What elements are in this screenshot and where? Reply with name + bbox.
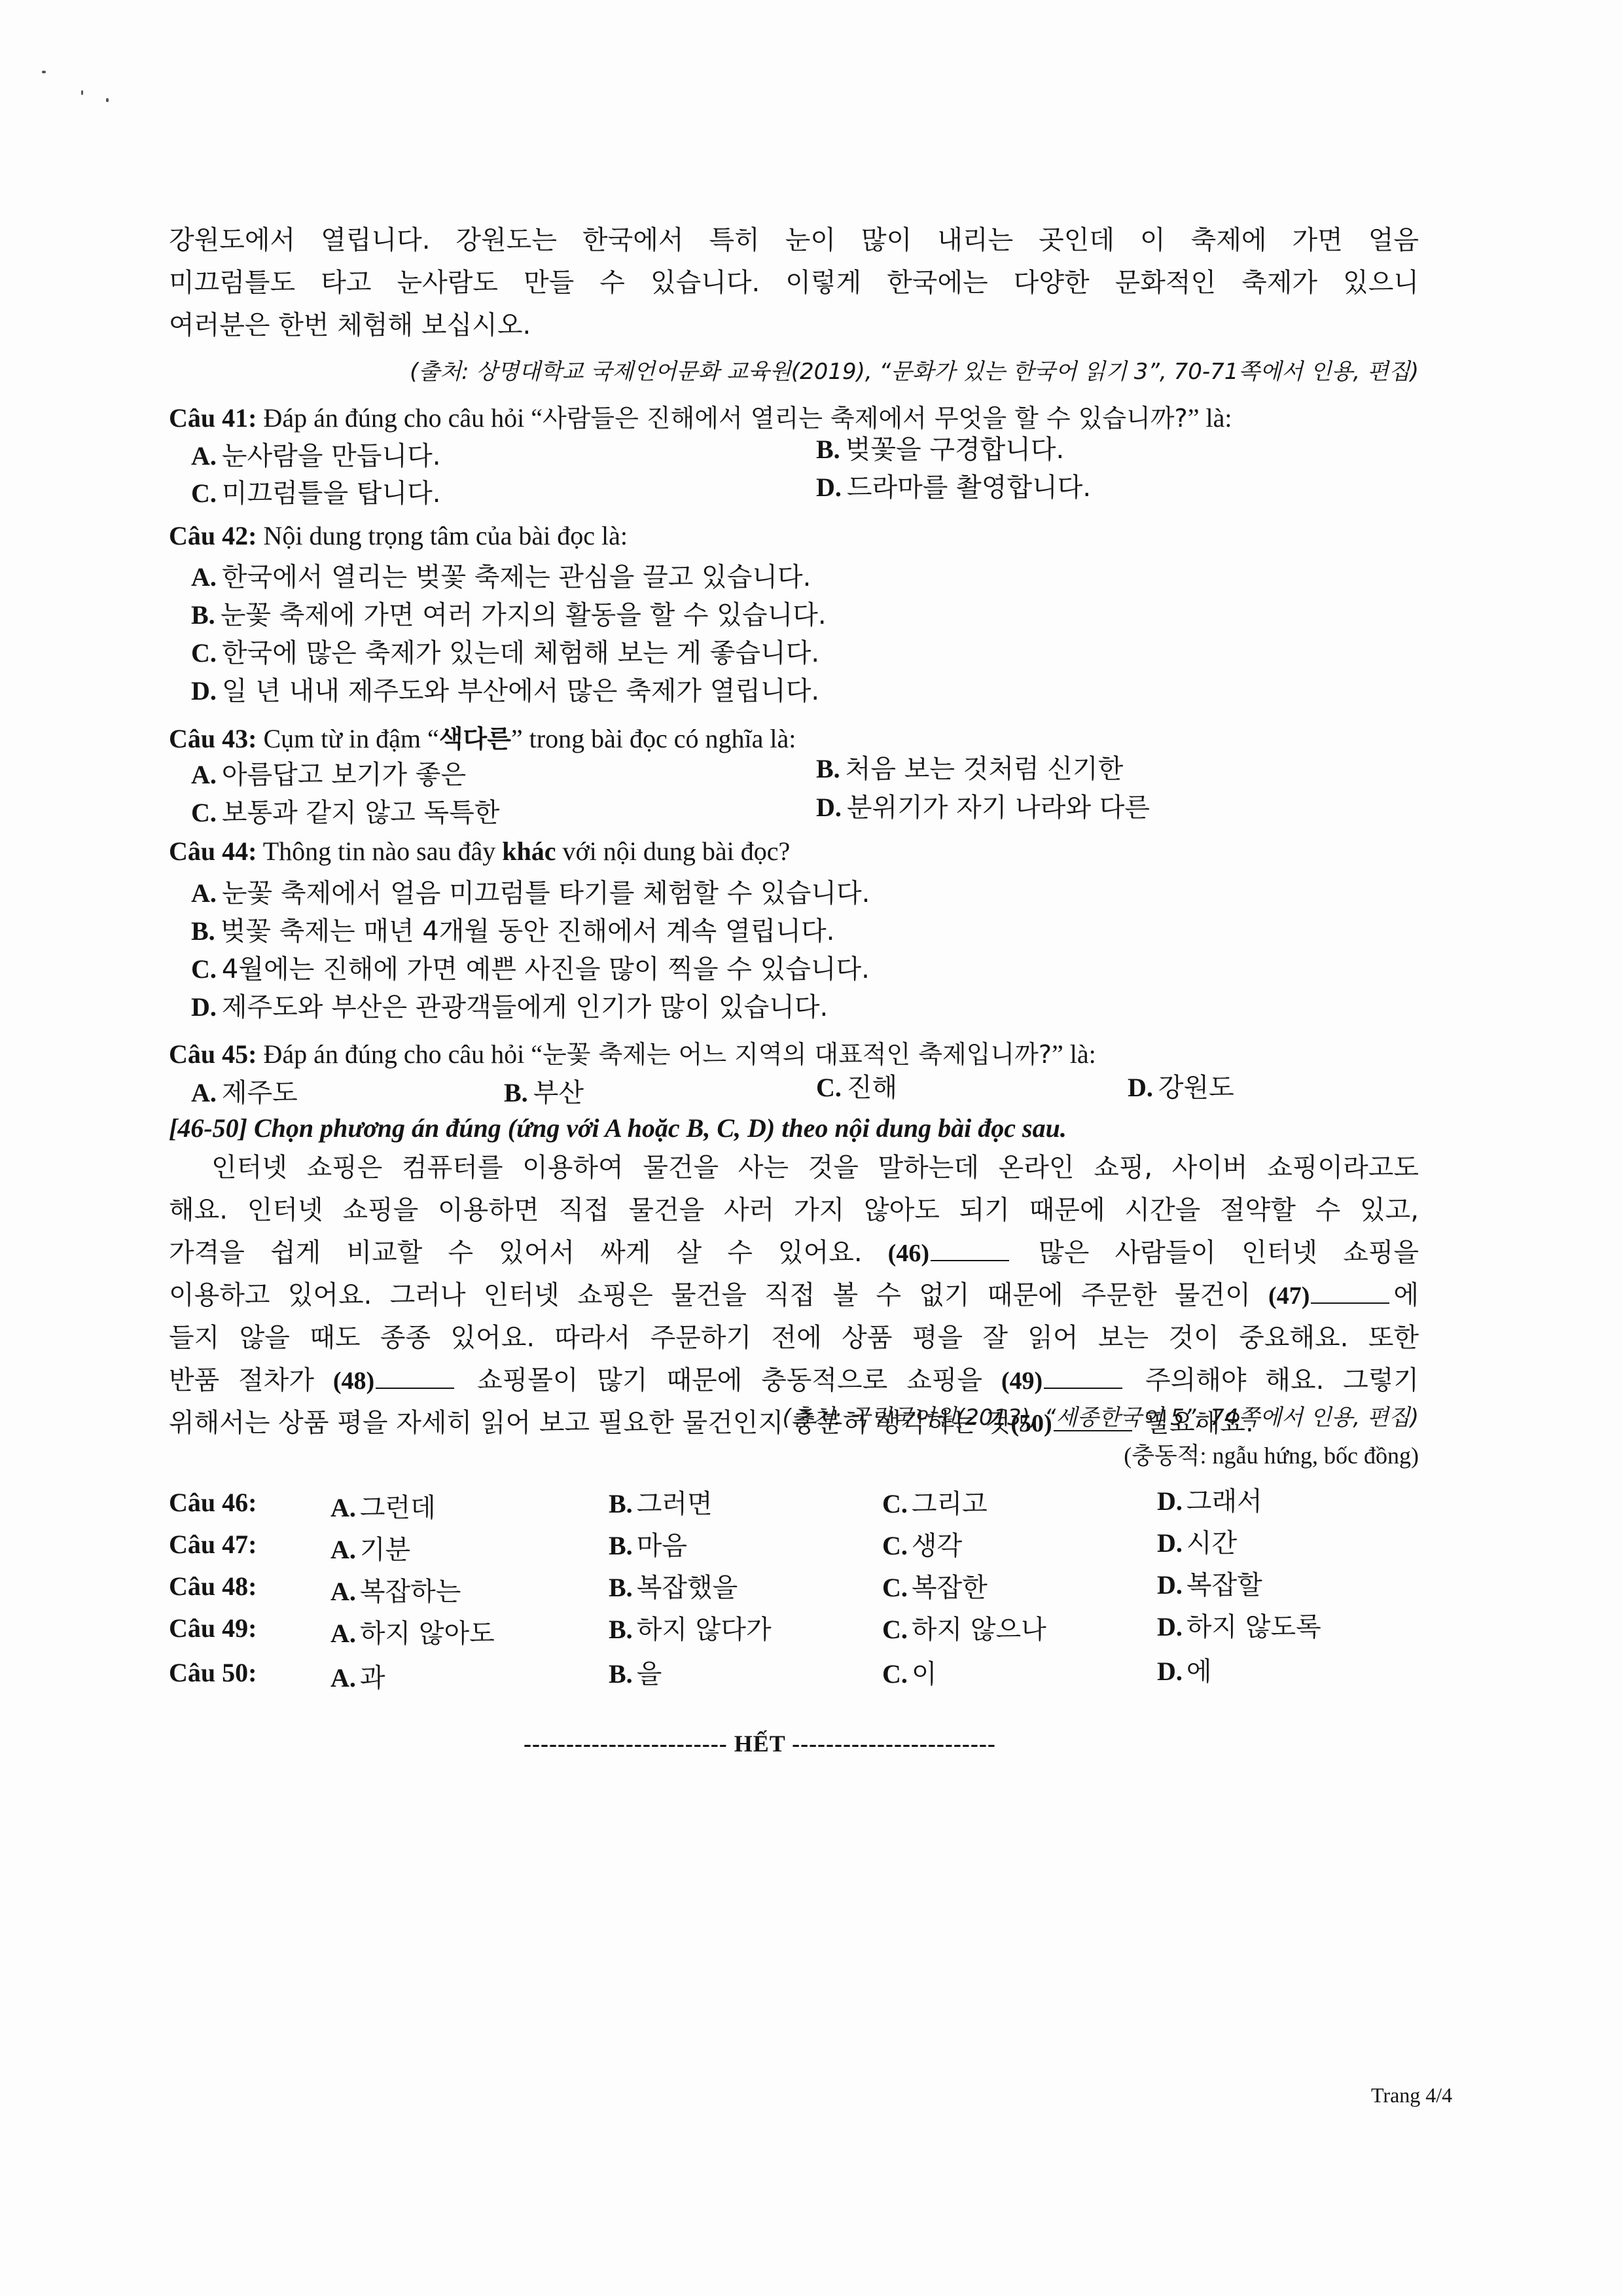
option-text: 복잡했을	[637, 1573, 738, 1603]
blank-46	[931, 1235, 1009, 1261]
text-segment: 반품 절차가	[169, 1365, 314, 1395]
option-letter: D.	[191, 676, 217, 706]
question-prompt-end: ” là:	[1188, 403, 1232, 433]
question-label: Câu 45:	[169, 1039, 257, 1069]
option-45-d[interactable]: D.강원도	[1128, 1067, 1234, 1104]
passage-line: 강원도에서 열립니다. 강원도는 한국에서 특히 눈이 많이 내리는 곳인데 이…	[169, 219, 1419, 262]
vocabulary-note: (충동적: ngẫu hứng, bốc đồng)	[1124, 1437, 1419, 1471]
option-text: 한국에서 열리는 벚꽃 축제는 관심을 끌고 있습니다.	[222, 562, 811, 592]
passage-1-citation: (출처: 상명대학교 국제언어문화 교육원(2019), “문화가 있는 한국어…	[410, 353, 1419, 386]
option-text: 생각	[912, 1531, 962, 1561]
option-45-c[interactable]: C.진해	[816, 1067, 897, 1104]
question-41: Câu 41: Đáp án đúng cho câu hỏi “사람들은 진해…	[169, 398, 1232, 434]
option-text: 하지 않아도	[360, 1619, 495, 1649]
option-text: 한국에 많은 축제가 있는데 체험해 보는 게 좋습니다.	[222, 638, 819, 668]
option-text: 기분	[360, 1535, 410, 1565]
option-49-a[interactable]: A.하지 않아도	[330, 1613, 495, 1650]
question-prompt-korean: 눈꽃 축제는 어느 지역의 대표적인 축제입니까?	[543, 1040, 1052, 1069]
option-49-b[interactable]: B.하지 않다가	[609, 1609, 772, 1646]
option-47-d[interactable]: D.시간	[1157, 1522, 1237, 1560]
text-segment: 에	[1393, 1280, 1419, 1310]
option-text: 을	[637, 1659, 662, 1689]
option-48-c[interactable]: C.복잡한	[882, 1567, 988, 1604]
option-text: 복잡하는	[360, 1577, 461, 1607]
option-46-b[interactable]: B.그러면	[609, 1483, 713, 1520]
option-50-c[interactable]: C.이	[882, 1653, 937, 1691]
option-text: 벚꽃 축제는 매년 4개월 동안 진해에서 계속 열립니다.	[221, 916, 835, 946]
option-letter: D.	[1128, 1073, 1153, 1102]
option-50-a[interactable]: A.과	[330, 1657, 385, 1695]
passage-2-citation: (출처: 국립국어원(2013), “세종한국어 5”, 74쪽에서 인용, 편…	[783, 1399, 1419, 1431]
option-48-d[interactable]: D.복잡할	[1157, 1564, 1262, 1602]
page-number: Trang 4/4	[1371, 2083, 1452, 2108]
question-49: Câu 49: A.하지 않아도 B.하지 않다가 C.하지 않으나 D.하지 …	[169, 1613, 1412, 1652]
text-segment: 주의해야 해요. 그렇기	[1145, 1365, 1419, 1395]
option-letter: C.	[882, 1659, 908, 1689]
option-letter: D.	[816, 473, 842, 502]
option-44-b[interactable]: B.벚꽃 축제는 매년 4개월 동안 진해에서 계속 열립니다.	[191, 910, 834, 948]
option-47-c[interactable]: C.생각	[882, 1525, 962, 1562]
option-letter: D.	[1157, 1570, 1183, 1600]
option-letter: D.	[1157, 1528, 1183, 1558]
option-47-b[interactable]: B.마음	[609, 1525, 687, 1562]
option-41-d[interactable]: D.드라마를 촬영합니다.	[816, 467, 1091, 504]
option-letter: D.	[1157, 1612, 1183, 1641]
option-letter: A.	[330, 1535, 356, 1564]
option-text: 눈꽃 축제에서 얼음 미끄럼틀 타기를 체험할 수 있습니다.	[222, 878, 870, 908]
option-46-a[interactable]: A.그런데	[330, 1487, 436, 1524]
option-text: 제주도	[222, 1078, 298, 1108]
option-41-a[interactable]: A.눈사람을 만듭니다.	[191, 435, 440, 473]
option-text: 과	[360, 1663, 385, 1693]
question-label: Câu 44:	[169, 836, 257, 866]
option-45-a[interactable]: A.제주도	[191, 1072, 298, 1109]
option-letter: B.	[609, 1615, 633, 1644]
option-letter: A.	[191, 562, 217, 592]
option-44-a[interactable]: A.눈꽃 축제에서 얼음 미끄럼틀 타기를 체험할 수 있습니다.	[191, 872, 870, 910]
scan-speck	[42, 71, 46, 73]
option-letter: A.	[191, 441, 217, 471]
question-45: Câu 45: Đáp án đúng cho câu hỏi “눈꽃 축제는 …	[169, 1034, 1096, 1070]
blank-48-number: (48)	[333, 1367, 374, 1395]
question-47: Câu 47: A.기분 B.마음 C.생각 D.시간	[169, 1529, 1412, 1568]
question-46: Câu 46: A.그런데 B.그러면 C.그리고 D.그래서	[169, 1487, 1412, 1526]
option-letter: C.	[882, 1489, 908, 1518]
option-text: 마음	[637, 1531, 687, 1561]
blank-48	[376, 1363, 454, 1389]
option-letter: D.	[1157, 1657, 1183, 1686]
question-48: Câu 48: A.복잡하는 B.복잡했을 C.복잡한 D.복잡할	[169, 1571, 1412, 1610]
option-43-a[interactable]: A.아름답고 보기가 좋은	[191, 754, 466, 791]
option-text: 4월에는 진해에 가면 예쁜 사진을 많이 찍을 수 있습니다.	[222, 954, 870, 984]
option-letter: A.	[330, 1663, 356, 1693]
question-label: Câu 42:	[169, 521, 257, 550]
option-letter: B.	[609, 1573, 633, 1602]
option-text: 보통과 같지 않고 독특한	[222, 798, 500, 828]
option-text: 분위기가 자기 나라와 다른	[847, 793, 1150, 823]
option-text: 드라마를 촬영합니다.	[847, 473, 1091, 503]
end-marker: ------------------------ HẾT -----------…	[524, 1730, 996, 1757]
blank-49	[1044, 1363, 1122, 1389]
option-42-d[interactable]: D.일 년 내내 제주도와 부산에서 많은 축제가 열립니다.	[191, 670, 819, 708]
blank-46-number: (46)	[888, 1240, 929, 1267]
option-text: 부산	[533, 1078, 584, 1108]
scan-speck	[106, 98, 109, 102]
question-prompt: Đáp án đúng cho câu hỏi “	[263, 1039, 543, 1069]
option-text: 에	[1186, 1657, 1212, 1687]
option-letter: C.	[882, 1531, 908, 1560]
option-letter: A.	[330, 1619, 356, 1648]
question-label: Câu 47:	[169, 1529, 257, 1560]
option-letter: C.	[816, 1073, 842, 1102]
question-label: Câu 48:	[169, 1571, 257, 1602]
option-text: 진해	[847, 1073, 897, 1103]
option-42-a[interactable]: A.한국에서 열리는 벚꽃 축제는 관심을 끌고 있습니다.	[191, 556, 811, 594]
question-prompt-end: ” trong bài đọc có nghĩa là:	[511, 724, 796, 753]
passage-line: 미끄럼틀도 타고 눈사람도 만들 수 있습니다. 이렇게 한국에는 다양한 문화…	[169, 262, 1419, 304]
option-43-c[interactable]: C.보통과 같지 않고 독특한	[191, 792, 499, 829]
option-letter: B.	[816, 435, 840, 464]
option-letter: B.	[191, 600, 215, 630]
option-43-b[interactable]: B.처음 보는 것처럼 신기한	[816, 748, 1123, 785]
option-letter: A.	[191, 760, 217, 789]
option-letter: B.	[504, 1078, 528, 1107]
option-text: 하지 않으나	[912, 1615, 1046, 1645]
option-text: 일 년 내내 제주도와 부산에서 많은 축제가 열립니다.	[222, 676, 819, 706]
option-46-c[interactable]: C.그리고	[882, 1483, 988, 1520]
option-42-c[interactable]: C.한국에 많은 축제가 있는데 체험해 보는 게 좋습니다.	[191, 632, 819, 670]
option-letter: C.	[191, 638, 217, 668]
option-44-d[interactable]: D.제주도와 부산은 관광객들에게 인기가 많이 있습니다.	[191, 986, 828, 1024]
option-text: 복잡할	[1186, 1570, 1262, 1600]
question-prompt-end: với nội dung bài đọc?	[556, 836, 790, 866]
option-text: 그런데	[360, 1493, 436, 1523]
option-text: 처음 보는 것처럼 신기한	[846, 754, 1124, 784]
exam-page: 강원도에서 열립니다. 강원도는 한국에서 특히 눈이 많이 내리는 곳인데 이…	[0, 0, 1623, 2296]
question-50: Câu 50: A.과 B.을 C.이 D.에	[169, 1657, 1412, 1696]
option-letter: C.	[191, 954, 217, 984]
option-text: 하지 않도록	[1186, 1612, 1321, 1642]
option-50-b[interactable]: B.을	[609, 1653, 662, 1691]
option-text: 그러면	[637, 1489, 713, 1519]
passage-line: 해요. 인터넷 쇼핑을 이용하면 직접 물건을 사러 가지 않아도 되기 때문에…	[169, 1189, 1419, 1232]
question-prompt: Cụm từ in đậm “	[263, 724, 438, 753]
option-text: 시간	[1186, 1528, 1237, 1558]
option-50-d[interactable]: D.에	[1157, 1651, 1212, 1688]
option-43-d[interactable]: D.분위기가 자기 나라와 다른	[816, 787, 1150, 824]
option-41-b[interactable]: B.벚꽃을 구경합니다.	[816, 429, 1064, 466]
option-46-d[interactable]: D.그래서	[1157, 1480, 1262, 1518]
blank-49-number: (49)	[1001, 1367, 1043, 1395]
option-44-c[interactable]: C.4월에는 진해에 가면 예쁜 사진을 많이 찍을 수 있습니다.	[191, 948, 870, 986]
question-43: Câu 43: Cụm từ in đậm “색다른” trong bài đọ…	[169, 719, 796, 755]
text-segment: 많은 사람들이 인터넷 쇼핑을	[1039, 1238, 1419, 1268]
question-prompt: Thông tin nào sau đây	[263, 836, 503, 866]
option-41-c[interactable]: C.미끄럼틀을 탑니다.	[191, 473, 440, 510]
option-text: 제주도와 부산은 관광객들에게 인기가 많이 있습니다.	[222, 992, 828, 1022]
question-prompt: Đáp án đúng cho câu hỏi “	[263, 403, 543, 433]
option-text: 눈꽃 축제에 가면 여러 가지의 활동을 할 수 있습니다.	[221, 600, 827, 630]
question-label: Câu 49:	[169, 1613, 257, 1643]
scan-speck	[81, 90, 83, 95]
option-text: 아름답고 보기가 좋은	[222, 760, 466, 790]
passage-line: 여러분은 한번 체험해 보십시오.	[169, 304, 1419, 347]
option-45-b[interactable]: B.부산	[504, 1072, 584, 1109]
option-letter: D.	[816, 793, 842, 822]
passage-line: 가격을 쉽게 비교할 수 있어서 싸게 살 수 있어요. (46) 많은 사람들…	[169, 1232, 1419, 1274]
option-text: 하지 않다가	[637, 1615, 772, 1645]
option-49-c[interactable]: C.하지 않으나	[882, 1609, 1046, 1646]
option-49-d[interactable]: D.하지 않도록	[1157, 1606, 1321, 1643]
bold-phrase: 색다른	[439, 725, 511, 753]
passage-line: 이용하고 있어요. 그러나 인터넷 쇼핑은 물건을 직접 볼 수 없기 때문에 …	[169, 1274, 1419, 1317]
option-letter: C.	[191, 478, 217, 508]
passage-line: 들지 않을 때도 종종 있어요. 따라서 주문하기 전에 상품 평을 잘 읽어 …	[169, 1317, 1419, 1359]
question-label: Câu 50:	[169, 1657, 257, 1688]
option-letter: B.	[609, 1489, 633, 1518]
bold-keyword: khác	[502, 836, 556, 866]
option-47-a[interactable]: A.기분	[330, 1529, 410, 1566]
option-48-b[interactable]: B.복잡했을	[609, 1567, 738, 1604]
text-segment: 쇼핑몰이 많기 때문에 충동적으로 쇼핑을	[477, 1365, 982, 1395]
option-letter: C.	[191, 798, 217, 827]
option-text: 눈사람을 만듭니다.	[222, 441, 441, 471]
question-42: Câu 42: Nội dung trọng tâm của bài đọc l…	[169, 520, 628, 551]
option-letter: D.	[191, 992, 217, 1022]
option-42-b[interactable]: B.눈꽃 축제에 가면 여러 가지의 활동을 할 수 있습니다.	[191, 594, 827, 632]
reading-passage-1: 강원도에서 열립니다. 강원도는 한국에서 특히 눈이 많이 내리는 곳인데 이…	[169, 219, 1419, 347]
question-label: Câu 41:	[169, 403, 257, 433]
option-letter: A.	[330, 1493, 356, 1522]
blank-47-number: (47)	[1268, 1282, 1310, 1310]
option-text: 그리고	[912, 1489, 988, 1519]
option-letter: B.	[609, 1659, 633, 1689]
option-text: 강원도	[1158, 1073, 1234, 1103]
option-letter: B.	[609, 1531, 633, 1560]
option-letter: B.	[816, 754, 840, 783]
option-48-a[interactable]: A.복잡하는	[330, 1571, 461, 1608]
question-label: Câu 43:	[169, 724, 257, 753]
blank-47	[1311, 1278, 1389, 1304]
option-letter: D.	[1157, 1486, 1183, 1516]
option-text: 복잡한	[912, 1573, 988, 1603]
question-label: Câu 46:	[169, 1487, 257, 1518]
option-letter: A.	[330, 1577, 356, 1606]
question-prompt-end: ” là:	[1052, 1039, 1096, 1069]
section-heading-46-50: [46-50] Chọn phương án đúng (ứng với A h…	[169, 1113, 1067, 1143]
text-segment: 이용하고 있어요. 그러나 인터넷 쇼핑은 물건을 직접 볼 수 없기 때문에 …	[169, 1280, 1251, 1310]
option-text: 벚꽃을 구경합니다.	[846, 435, 1065, 465]
option-letter: C.	[882, 1615, 908, 1644]
question-44: Câu 44: Thông tin nào sau đây khác với n…	[169, 836, 790, 867]
option-letter: C.	[882, 1573, 908, 1602]
option-letter: A.	[191, 1078, 217, 1107]
option-letter: B.	[191, 916, 215, 946]
question-prompt: Nội dung trọng tâm của bài đọc là:	[263, 521, 628, 550]
text-segment: 가격을 쉽게 비교할 수 있어서 싸게 살 수 있어요.	[169, 1238, 863, 1268]
passage-line: 인터넷 쇼핑은 컴퓨터를 이용하여 물건을 사는 것을 말하는데 온라인 쇼핑,…	[169, 1147, 1419, 1189]
option-text: 그래서	[1186, 1486, 1262, 1516]
option-text: 이	[912, 1659, 937, 1689]
passage-line: 반품 절차가 (48) 쇼핑몰이 많기 때문에 충동적으로 쇼핑을 (49) 주…	[169, 1359, 1419, 1402]
option-text: 미끄럼틀을 탑니다.	[222, 478, 441, 509]
option-letter: A.	[191, 878, 217, 908]
